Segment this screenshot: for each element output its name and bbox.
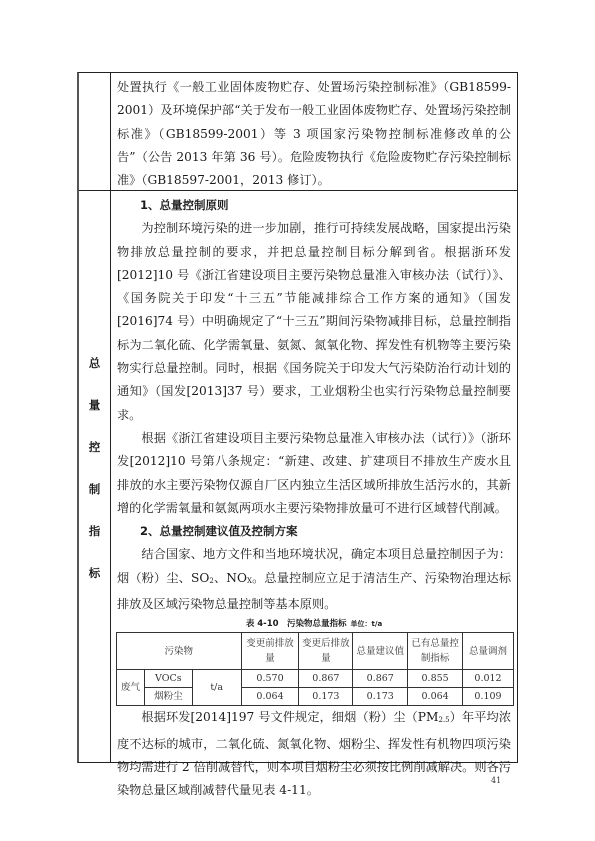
row1-content: 处置执行《一般工业固体废物贮存、处置场污染控制标准》（GB18599-2001）… (117, 76, 511, 192)
value-cell: 0.855 (408, 670, 463, 688)
value-cell: 0.867 (299, 670, 353, 688)
pollutant-total-table: 污染物 变更前排放量 变更后排放量 总量建议值 已有总量控制指标 总量调剂 废气… (116, 632, 514, 706)
pollutant-name: 烟粉尘 (144, 688, 192, 706)
value-cell: 0.064 (241, 688, 299, 706)
value-cell: 0.012 (463, 670, 514, 688)
column-divider (110, 73, 111, 762)
header-adjustment: 总量调剂 (463, 633, 514, 670)
section-heading-1: 1、总量控制原则 (117, 194, 511, 217)
text-part: 根据环发[2014]197 号文件规定，细烟（粉）尘（PM (141, 710, 438, 724)
header-pollutant: 污染物 (117, 633, 242, 670)
value-cell: 0.173 (299, 688, 353, 706)
caption-title: 表 4-10 污染物总量指标 (246, 619, 347, 629)
side-label-char-6: 标 (79, 565, 110, 581)
subscript: 2.5 (439, 716, 450, 724)
row2-content: 1、总量控制原则 为控制环境污染的进一步加剧，推行可持续发展战略，国家提出污染物… (117, 194, 511, 803)
value-cell: 0.173 (353, 688, 408, 706)
side-label-char-4: 制 (79, 481, 110, 497)
header-after: 变更后排放量 (299, 633, 353, 670)
paragraph-regulation: 根据《浙江省建设项目主要污染物总量准入审核办法（试行）》（浙环发[2012]10… (117, 427, 511, 520)
value-cell: 0.570 (241, 670, 299, 688)
section-heading-2: 2、总量控制建议值及控制方案 (117, 520, 511, 543)
paragraph-principle: 为控制环境污染的进一步加剧，推行可持续发展战略，国家提出污染物排放总量控制的要求… (117, 217, 511, 427)
side-label-char-5: 指 (79, 523, 110, 539)
header-suggested: 总量建议值 (353, 633, 408, 670)
caption-unit: 单位：t/a (351, 620, 383, 628)
paragraph-control-factors: 结合国家、地方文件和当地环境状况，确定本项目总量控制因子为：烟（粉）尘、SO2、… (117, 543, 511, 616)
table-row: 废气 VOCs t/a 0.570 0.867 0.867 0.855 0.01… (117, 670, 514, 688)
paragraph-pm25-replacement: 根据环发[2014]197 号文件规定，细烟（粉）尘（PM2.5）年平均浓度不达… (117, 706, 511, 802)
table-caption: 表 4-10 污染物总量指标单位：t/a (117, 617, 511, 631)
category-cell: 废气 (117, 670, 145, 706)
value-cell: 0.109 (463, 688, 514, 706)
page-number: 41 (491, 776, 501, 785)
table-header-row: 污染物 变更前排放量 变更后排放量 总量建议值 已有总量控制指标 总量调剂 (117, 633, 514, 670)
side-label-char-2: 量 (79, 397, 110, 413)
text-part: 、NO (214, 571, 247, 585)
side-label-char-3: 控 (79, 439, 110, 455)
pollutant-name: VOCs (144, 670, 192, 688)
header-before: 变更前排放量 (241, 633, 299, 670)
document-table: 总 量 控 制 指 标 处置执行《一般工业固体废物贮存、处置场污染控制标准》（G… (77, 72, 518, 763)
unit-cell: t/a (192, 670, 241, 706)
solid-waste-standards-paragraph: 处置执行《一般工业固体废物贮存、处置场污染控制标准》（GB18599-2001）… (117, 76, 511, 192)
value-cell: 0.867 (353, 670, 408, 688)
header-existing: 已有总量控制指标 (408, 633, 463, 670)
value-cell: 0.064 (408, 688, 463, 706)
table-row: 烟粉尘 0.064 0.173 0.173 0.064 0.109 (117, 688, 514, 706)
side-label-char-1: 总 (79, 355, 110, 371)
